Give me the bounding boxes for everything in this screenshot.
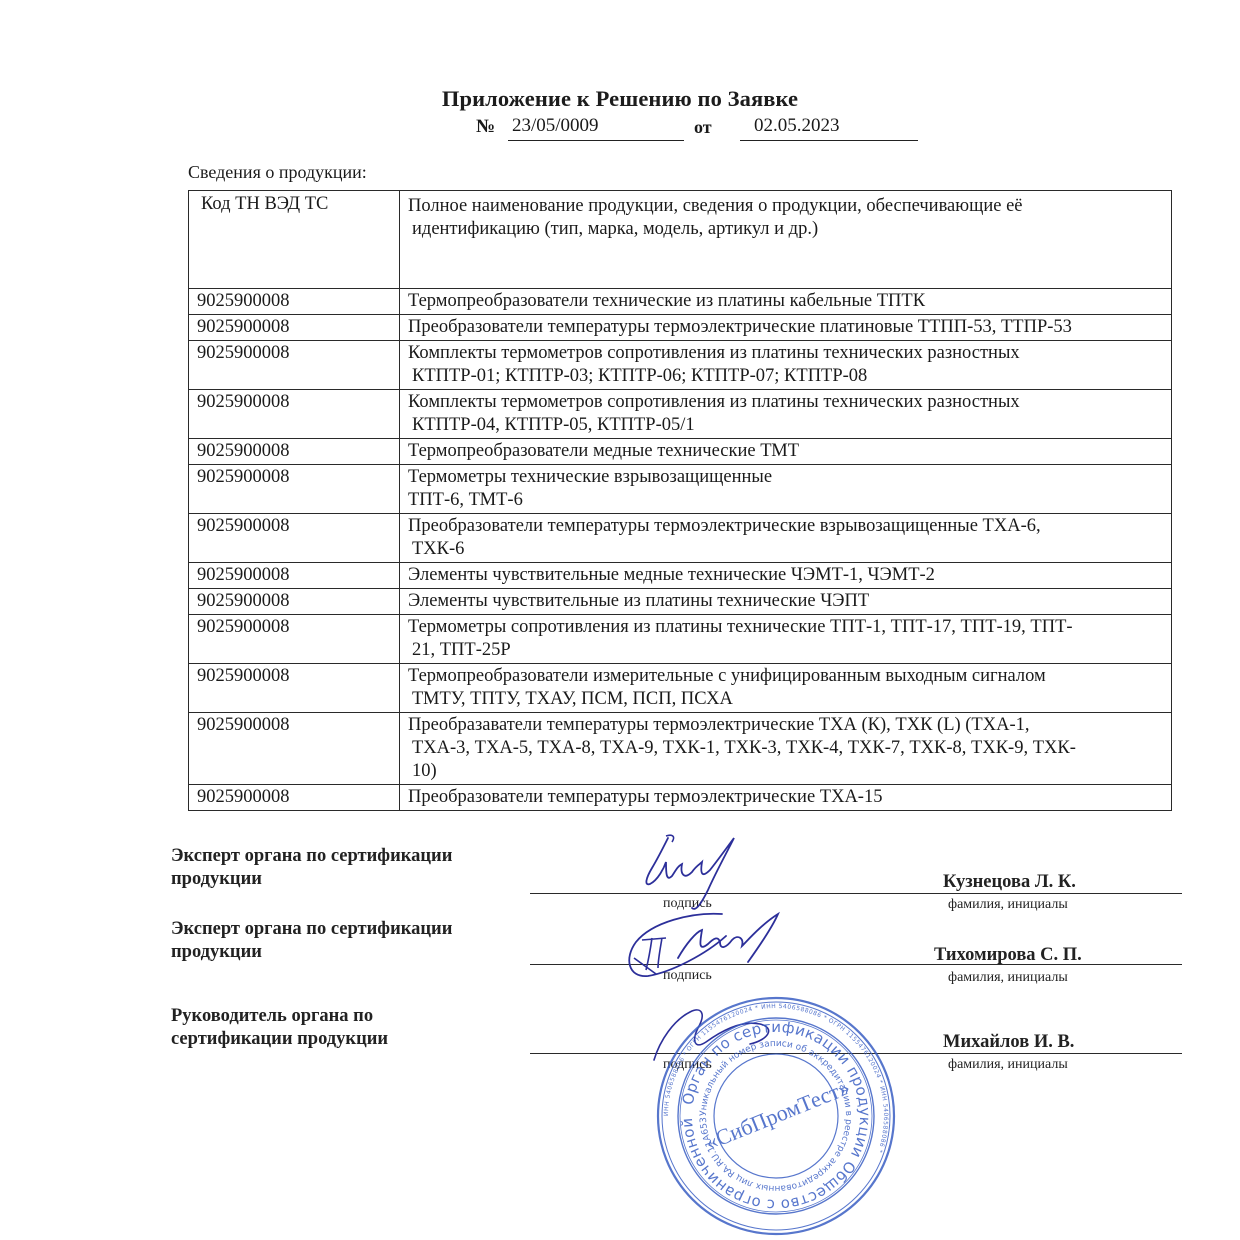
row-code: 9025900008 [189,289,400,315]
table-row: 9025900008 Преобразователи температуры т… [189,315,1172,341]
description-line: 21, ТПТ-25Р [408,639,1163,662]
description-line: Термопреобразователи технические из плат… [408,291,925,311]
row-code: 9025900008 [189,664,400,713]
description-line: ТХК-6 [408,538,1163,561]
description-line: ТПТ-6, ТМТ-6 [408,489,1163,512]
table-header-row: Код ТН ВЭД ТС Полное наименование продук… [189,191,1172,289]
row-code: 9025900008 [189,713,400,785]
header-description-line2: идентификацию (тип, марка, модель, артик… [408,218,1163,241]
row-code: 9025900008 [189,315,400,341]
row-code: 9025900008 [189,341,400,390]
document-title: Приложение к Решению по Заявке [0,86,1240,112]
signer-role: Руководитель органа по сертификации прод… [171,1005,388,1051]
row-description: Преобразаватели температуры термоэлектри… [400,713,1172,785]
table-row: 9025900008 Элементы чувствительные из пл… [189,589,1172,615]
table-row: 9025900008 Термометры сопротивления из п… [189,615,1172,664]
description-line: Термопреобразователи измерительные с уни… [408,666,1046,686]
row-code: 9025900008 [189,514,400,563]
table-row: 9025900008 Термометры технические взрыво… [189,465,1172,514]
name-caption: фамилия, инициалы [948,1057,1068,1073]
application-number-value: 23/05/0009 [512,115,599,137]
row-code: 9025900008 [189,589,400,615]
table-row: 9025900008 Преобразователи температуры т… [189,514,1172,563]
row-description: Термометры технические взрывозащищенныеТ… [400,465,1172,514]
description-line: Термопреобразователи медные технические … [408,441,799,461]
table-row: 9025900008 Преобразаватели температуры т… [189,713,1172,785]
products-table: Код ТН ВЭД ТС Полное наименование продук… [188,190,1172,811]
description-line: Преобразователи температуры термоэлектри… [408,516,1041,536]
row-description: Комплекты термометров сопротивления из п… [400,390,1172,439]
signature-line [530,893,1182,894]
handwritten-signature-icon [622,908,802,988]
signer-name: Тихомирова С. П. [934,945,1082,966]
signer-role-line2: продукции [171,941,452,964]
description-line: КТПТР-01; КТПТР-03; КТПТР-06; КТПТР-07; … [408,365,1163,388]
signer-role-line2: продукции [171,868,452,891]
row-description: Преобразователи температуры термоэлектри… [400,315,1172,341]
number-sign-label: № [476,116,495,138]
stamp-center-text: «СибПромТест» [702,1074,854,1155]
handwritten-signature-icon [636,832,746,914]
description-line: Элементы чувствительные медные техническ… [408,565,935,585]
header-description-line1: Полное наименование продукции, сведения … [408,196,1023,216]
name-caption: фамилия, инициалы [948,970,1068,986]
signer-role: Эксперт органа по сертификации продукции [171,845,452,891]
row-description: Термопреобразователи измерительные с уни… [400,664,1172,713]
table-row: 9025900008 Термопреобразователи медные т… [189,439,1172,465]
description-line: Преобразователи температуры термоэлектри… [408,787,882,807]
table-row: 9025900008 Термопреобразователи измерите… [189,664,1172,713]
description-line: 10) [408,760,1163,783]
row-code: 9025900008 [189,563,400,589]
row-description: Термометры сопротивления из платины техн… [400,615,1172,664]
name-caption: фамилия, инициалы [948,897,1068,913]
description-line: Элементы чувствительные из платины техни… [408,591,869,611]
row-code: 9025900008 [189,785,400,811]
application-date-value: 02.05.2023 [754,115,840,137]
row-description: Термопреобразователи медные технические … [400,439,1172,465]
description-line: Преобразаватели температуры термоэлектри… [408,715,1030,735]
product-info-label: Сведения о продукции: [188,162,367,183]
header-description: Полное наименование продукции, сведения … [400,191,1172,289]
signer-role-line2: сертификации продукции [171,1028,388,1051]
table-row: 9025900008 Преобразователи температуры т… [189,785,1172,811]
row-description: Элементы чувствительные из платины техни… [400,589,1172,615]
signer-role-line1: Руководитель органа по [171,1005,388,1028]
description-line: Комплекты термометров сопротивления из п… [408,343,1020,363]
table-row: 9025900008 Комплекты термометров сопроти… [189,341,1172,390]
row-description: Элементы чувствительные медные техническ… [400,563,1172,589]
header-code: Код ТН ВЭД ТС [189,191,400,289]
signer-role-line1: Эксперт органа по сертификации [171,918,452,941]
signer-role-line1: Эксперт органа по сертификации [171,845,452,868]
application-date-field: 02.05.2023 [740,114,918,141]
row-code: 9025900008 [189,615,400,664]
description-line: ТМТУ, ТПТУ, ТХАУ, ПСМ, ПСП, ПСХА [408,688,1163,711]
description-line: ТХА-3, ТХА-5, ТХА-8, ТХА-9, ТХК-1, ТХК-3… [408,737,1163,760]
table-row: 9025900008 Комплекты термометров сопроти… [189,390,1172,439]
row-description: Преобразователи температуры термоэлектри… [400,514,1172,563]
application-number-field: 23/05/0009 [508,114,684,141]
table-row: 9025900008 Элементы чувствительные медны… [189,563,1172,589]
row-description: Преобразователи температуры термоэлектри… [400,785,1172,811]
row-description: Термопреобразователи технические из плат… [400,289,1172,315]
description-line: Комплекты термометров сопротивления из п… [408,392,1020,412]
table-row: 9025900008 Термопреобразователи техничес… [189,289,1172,315]
organization-stamp-icon: ИНН 5406588086 * ОГРН 1155476120024 * ИН… [638,996,914,1236]
description-line: Термометры сопротивления из платины техн… [408,617,1073,637]
description-line: Термометры технические взрывозащищенные [408,467,772,487]
document-page: Приложение к Решению по Заявке № 23/05/0… [0,0,1240,1240]
date-from-label: от [694,117,712,138]
description-line: Преобразователи температуры термоэлектри… [408,317,1072,337]
row-code: 9025900008 [189,465,400,514]
description-line: КТПТР-04, КТПТР-05, КТПТР-05/1 [408,414,1163,437]
signer-name: Кузнецова Л. К. [943,872,1076,893]
signer-name: Михайлов И. В. [943,1032,1074,1053]
row-description: Комплекты термометров сопротивления из п… [400,341,1172,390]
row-code: 9025900008 [189,439,400,465]
row-code: 9025900008 [189,390,400,439]
signer-role: Эксперт органа по сертификации продукции [171,918,452,964]
